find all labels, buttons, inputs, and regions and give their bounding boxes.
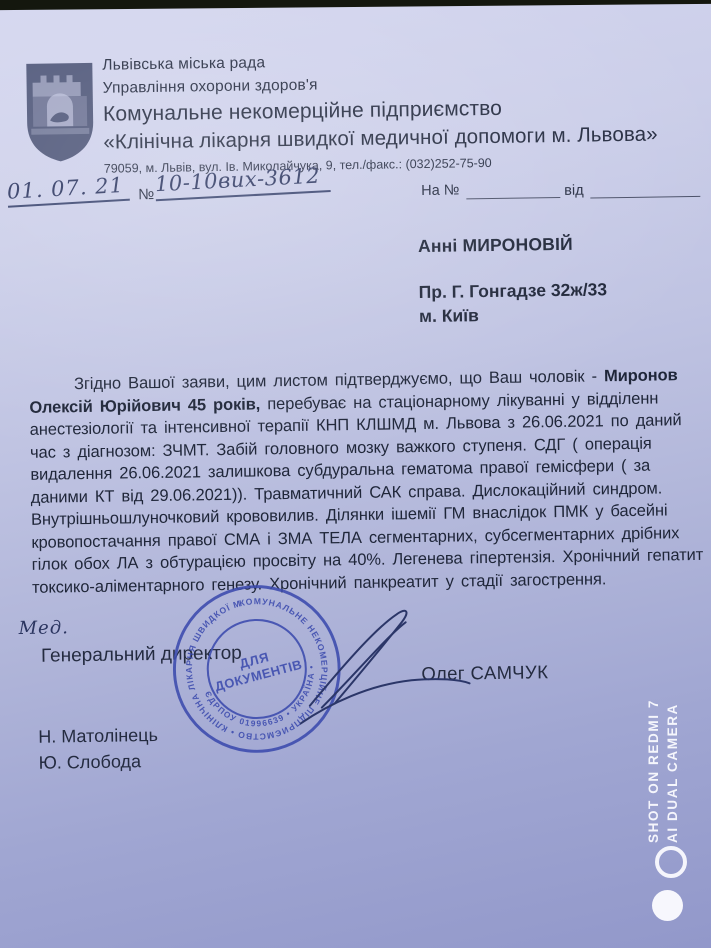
executor-name-1: Н. Матолінець <box>38 722 158 750</box>
executor-names: Н. Матолінець Ю. Слобода <box>38 722 158 776</box>
org-name-line4: «Клінічна лікарня швидкої медичної допом… <box>103 122 658 154</box>
watermark-dot-icon <box>652 890 683 921</box>
watermark-line1: SHOT ON REDMI 7 <box>646 673 661 843</box>
page-content: Львівська міська рада Управління охорони… <box>0 0 711 948</box>
on-number-blank-line <box>466 197 560 199</box>
recipient-address-line2: м. Київ <box>419 303 608 327</box>
recipient-address-line1: Пр. Г. Гонгадзе 32ж/33 <box>419 279 608 303</box>
paper-sheet: Львівська міська рада Управління охорони… <box>0 0 711 948</box>
camera-watermark: SHOT ON REDMI 7 AI DUAL CAMERA <box>646 673 680 843</box>
letterhead: Львівська міська рада Управління охорони… <box>102 49 658 176</box>
from-blank-line <box>590 196 700 199</box>
lviv-coat-of-arms-icon <box>22 60 98 165</box>
number-sign-label: № <box>138 186 154 203</box>
body-text-bold-segment: Олексій Юрійович 45 років, <box>29 395 260 416</box>
org-name-line2: Управління охорони здоров'я <box>103 71 657 97</box>
body-text-bold-segment: Миронов <box>604 366 678 385</box>
watermark-line2: AI DUAL CAMERA <box>665 673 680 843</box>
pen-signature <box>298 583 515 726</box>
body-text-segment: перебуває на стаціонарному лікуванні у в… <box>260 389 658 413</box>
executor-name-2: Ю. Слобода <box>38 748 158 776</box>
org-name-line3: Комунальне некомерційне підприємство <box>103 94 658 126</box>
document-photo: { "header": { "org_line1": "Львівська мі… <box>0 0 711 948</box>
watermark-ring-icon <box>655 846 687 878</box>
handwritten-date: 01. 07. 21 <box>6 173 129 208</box>
handwritten-note: Мед. <box>19 617 70 639</box>
on-number-label: На № <box>421 182 459 199</box>
body-paragraph: Згідно Вашої заяви, цим листом підтвердж… <box>29 364 711 599</box>
org-name-line1: Львівська міська рада <box>102 49 656 75</box>
from-label: від <box>564 183 584 199</box>
recipient-block: Анні МИРОНОВІЙ Пр. Г. Гонгадзе 32ж/33 м.… <box>418 233 608 327</box>
recipient-name: Анні МИРОНОВІЙ <box>418 233 607 257</box>
